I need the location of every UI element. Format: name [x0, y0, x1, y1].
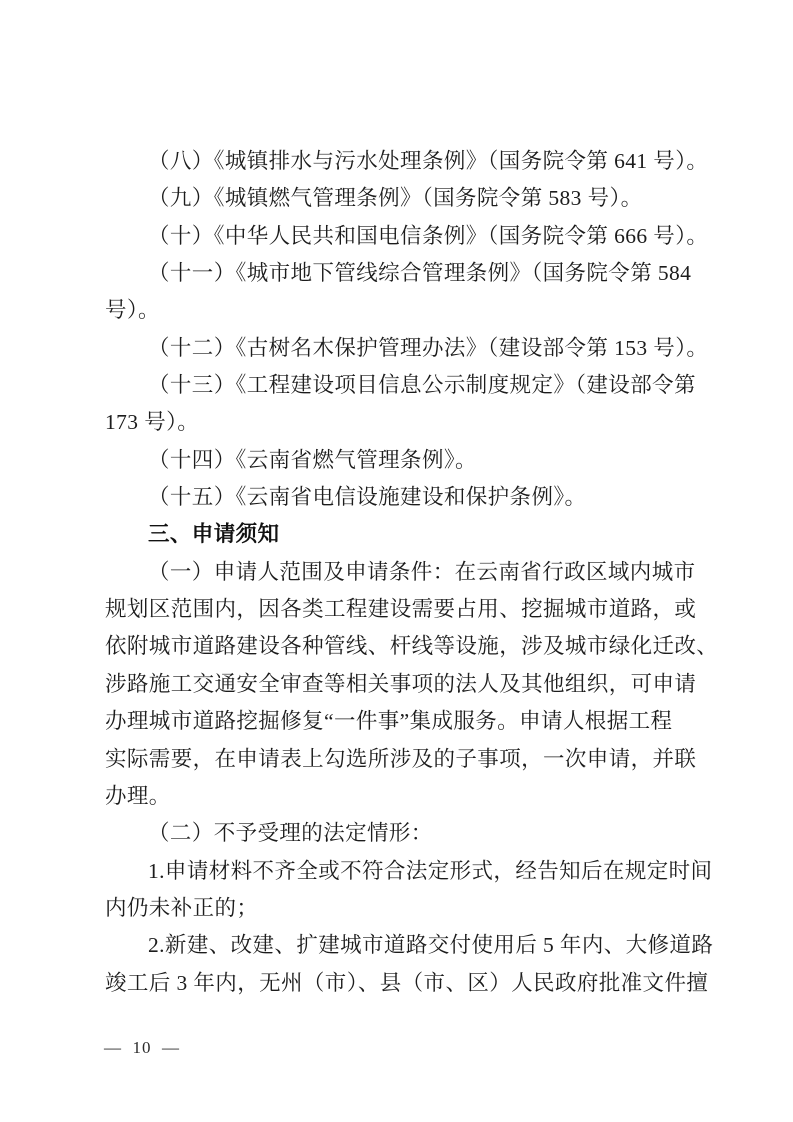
paragraph: （十四）《云南省燃气管理条例》。	[105, 442, 705, 479]
page-number: — 10 —	[104, 1036, 180, 1060]
text-line: 规划区范围内，因各类工程建设需要占用、挖掘城市道路，或	[105, 591, 705, 628]
text-line: 号）。	[105, 292, 705, 329]
section-heading: 三、申请须知	[105, 516, 705, 553]
text-line: （十）《中华人民共和国电信条例》（国务院令第 666 号）。	[105, 218, 705, 255]
text-line: 办理城市道路挖掘修复“一件事”集成服务。申请人根据工程	[105, 703, 705, 740]
paragraph: （九）《城镇燃气管理条例》（国务院令第 583 号）。	[105, 180, 705, 217]
text-line: （九）《城镇燃气管理条例》（国务院令第 583 号）。	[105, 180, 705, 217]
text-line: （八）《城镇排水与污水处理条例》（国务院令第 641 号）。	[105, 143, 705, 180]
text-line: （十二）《古树名木保护管理办法》（建设部令第 153 号）。	[105, 330, 705, 367]
paragraph: （十二）《古树名木保护管理办法》（建设部令第 153 号）。	[105, 330, 705, 367]
text-line: 实际需要，在申请表上勾选所涉及的子事项，一次申请，并联	[105, 741, 705, 778]
text-line: 2.新建、改建、扩建城市道路交付使用后 5 年内、大修道路	[105, 927, 705, 964]
paragraph: 2.新建、改建、扩建城市道路交付使用后 5 年内、大修道路竣工后 3 年内，无州…	[105, 927, 705, 1002]
document-body: （八）《城镇排水与污水处理条例》（国务院令第 641 号）。（九）《城镇燃气管理…	[105, 143, 705, 1002]
paragraph: 1.申请材料不齐全或不符合法定形式，经告知后在规定时间内仍未补正的；	[105, 853, 705, 928]
text-line: （十五）《云南省电信设施建设和保护条例》。	[105, 479, 705, 516]
document-page: （八）《城镇排水与污水处理条例》（国务院令第 641 号）。（九）《城镇燃气管理…	[0, 0, 793, 1122]
text-line: 1.申请材料不齐全或不符合法定形式，经告知后在规定时间	[105, 853, 705, 890]
paragraph: （八）《城镇排水与污水处理条例》（国务院令第 641 号）。	[105, 143, 705, 180]
text-line: 173 号）。	[105, 404, 705, 441]
text-line: （一）申请人范围及申请条件：在云南省行政区域内城市	[105, 554, 705, 591]
text-line: （二）不予受理的法定情形：	[105, 815, 705, 852]
paragraph: （十一）《城市地下管线综合管理条例》（国务院令第 584号）。	[105, 255, 705, 330]
paragraph: （十）《中华人民共和国电信条例》（国务院令第 666 号）。	[105, 218, 705, 255]
text-line: 办理。	[105, 778, 705, 815]
paragraph: （二）不予受理的法定情形：	[105, 815, 705, 852]
text-line: （十三）《工程建设项目信息公示制度规定》（建设部令第	[105, 367, 705, 404]
paragraph: （一）申请人范围及申请条件：在云南省行政区域内城市规划区范围内，因各类工程建设需…	[105, 554, 705, 815]
paragraph: （十三）《工程建设项目信息公示制度规定》（建设部令第173 号）。	[105, 367, 705, 442]
text-line: （十四）《云南省燃气管理条例》。	[105, 442, 705, 479]
text-line: 竣工后 3 年内，无州（市）、县（市、区）人民政府批准文件擅	[105, 965, 705, 1002]
text-line: （十一）《城市地下管线综合管理条例》（国务院令第 584	[105, 255, 705, 292]
text-line: 涉路施工交通安全审查等相关事项的法人及其他组织，可申请	[105, 666, 705, 703]
text-line: 三、申请须知	[105, 516, 705, 553]
text-line: 内仍未补正的；	[105, 890, 705, 927]
paragraph: （十五）《云南省电信设施建设和保护条例》。	[105, 479, 705, 516]
text-line: 依附城市道路建设各种管线、杆线等设施，涉及城市绿化迁改、	[105, 628, 705, 665]
